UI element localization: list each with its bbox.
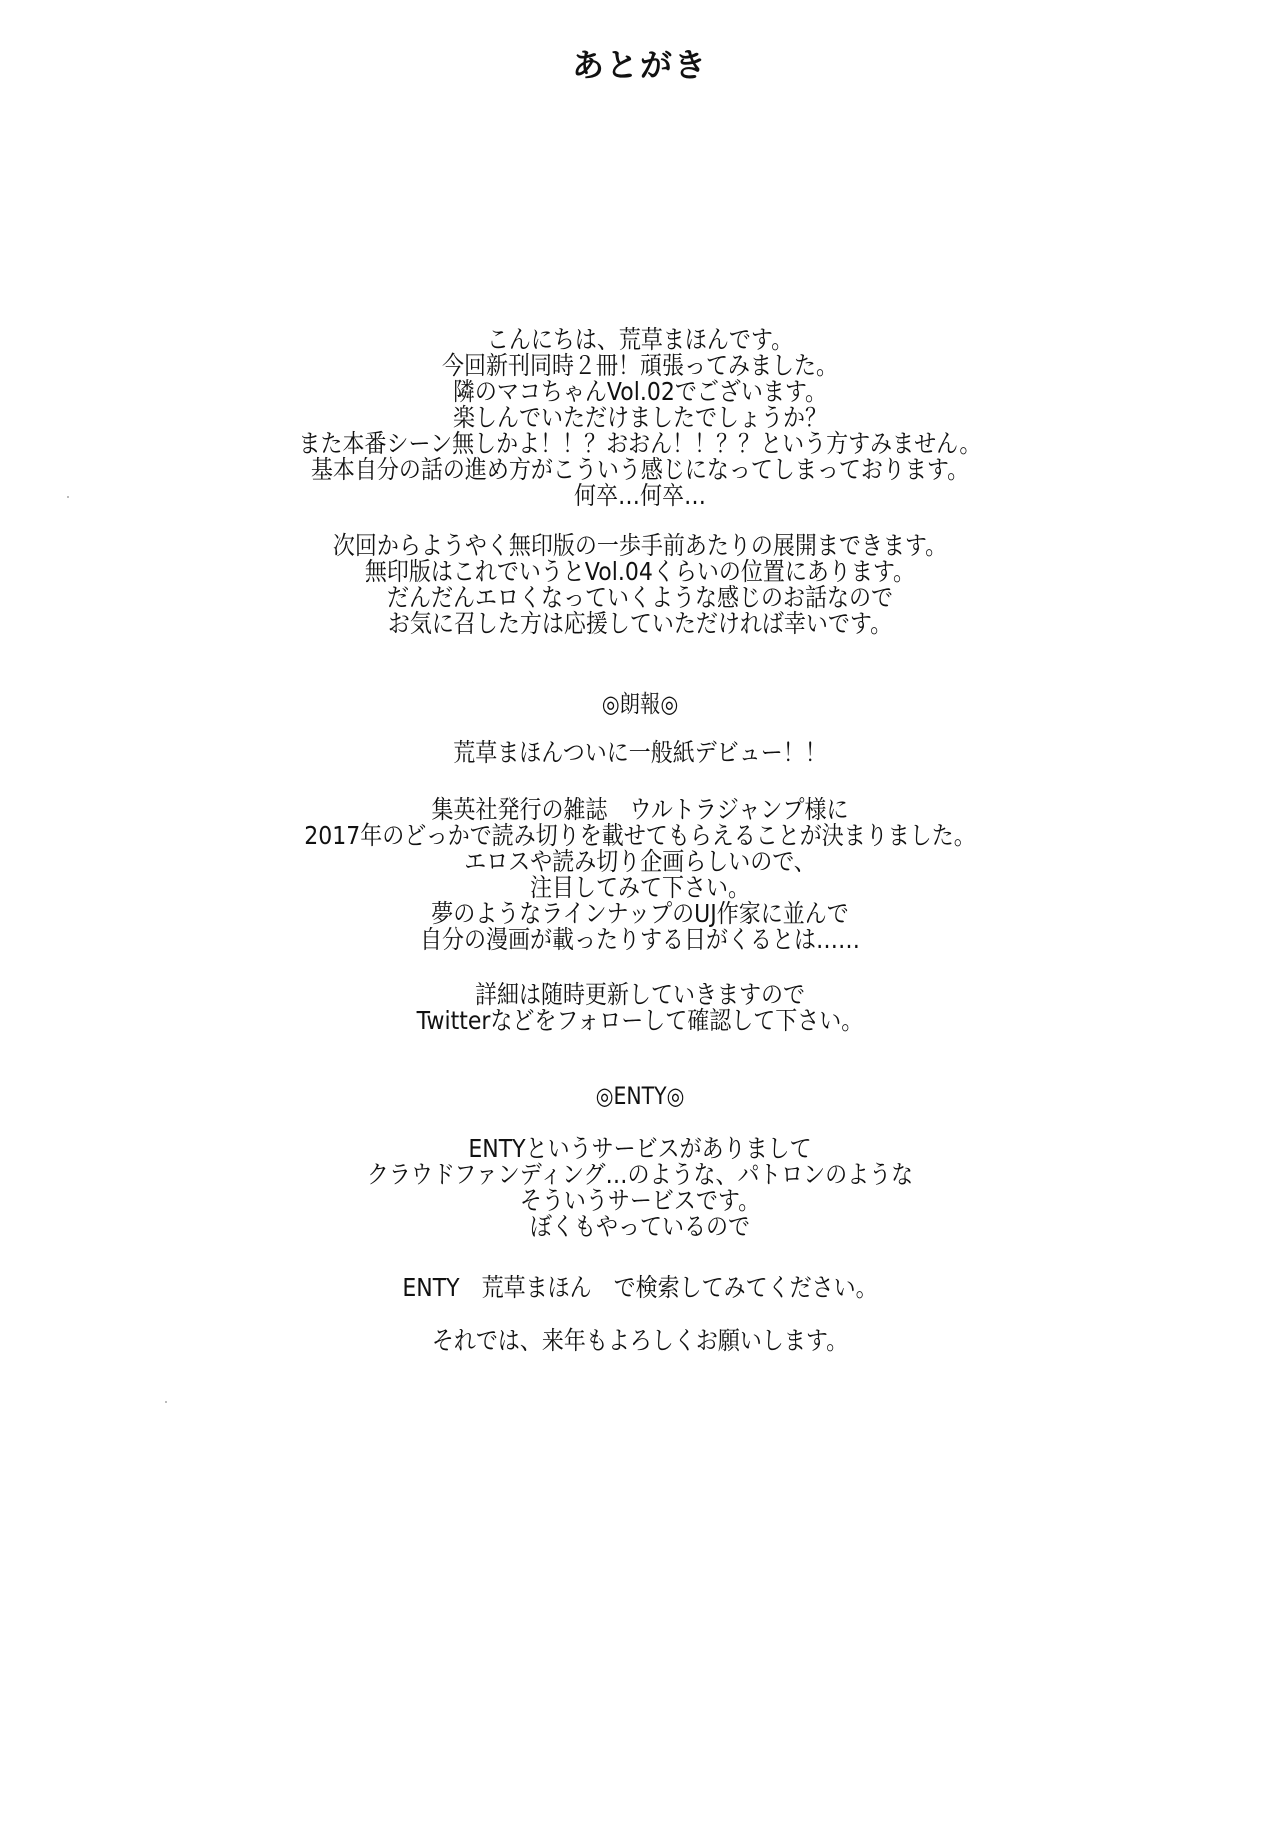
next-volume-line: お気に召した方は応援していただければ幸いです。 xyxy=(77,611,1203,637)
announcement-followup-line: Twitterなどをフォローして確認して下さい。 xyxy=(77,1008,1203,1034)
announcement-line: 注目してみて下さい。 xyxy=(77,875,1203,901)
next-volume-line: 無印版はこれでいうとVol.04くらいの位置にあります。 xyxy=(77,559,1203,585)
announcement-line: 夢のようなラインナップのUJ作家に並んで xyxy=(77,901,1203,927)
announcement-followup-line: 詳細は随時更新していきますので xyxy=(77,982,1203,1008)
next-volume-line: 次回からようやく無印版の一歩手前あたりの展開まできます。 xyxy=(77,533,1203,559)
entry-search-hint: ENTY 荒草まほん で検索してみてください。 xyxy=(77,1275,1203,1301)
scan-speck xyxy=(165,1401,167,1403)
announcement-headline: 荒草まほんついに一般紙デビュー！！ xyxy=(77,740,1203,766)
announcement-details: 集英社発行の雑誌 ウルトラジャンプ様に 2017年のどっかで読み切りを載せてもら… xyxy=(0,797,1280,953)
entry-line: そういうサービスです。 xyxy=(77,1188,1203,1214)
announcement-line: 集英社発行の雑誌 ウルトラジャンプ様に xyxy=(77,797,1203,823)
announcement-headline-block: 荒草まほんついに一般紙デビュー！！ xyxy=(0,740,1280,766)
entry-heading: ◎ENTY◎ xyxy=(96,1083,1184,1109)
closing-block: それでは、来年もよろしくお願いします。 xyxy=(0,1328,1280,1354)
intro-line: 何卒…何卒… xyxy=(77,483,1203,509)
entry-paragraph: ENTYというサービスがありまして クラウドファンディング…のような、パトロンの… xyxy=(0,1136,1280,1240)
intro-line: また本番シーン無しかよ！！？おおん！！？？という方すみません。 xyxy=(77,431,1203,457)
page-title: あとがき xyxy=(0,40,1280,86)
intro-line: こんにちは、荒草まほんです。 xyxy=(77,327,1203,353)
announcement-heading-block: ◎朗報◎ xyxy=(0,691,1280,717)
intro-paragraph: こんにちは、荒草まほんです。 今回新刊同時２冊！頑張ってみました。 隣のマコちゃ… xyxy=(0,327,1280,509)
announcement-line: 2017年のどっかで読み切りを載せてもらえることが決まりました。 xyxy=(77,823,1203,849)
next-volume-paragraph: 次回からようやく無印版の一歩手前あたりの展開まできます。 無印版はこれでいうとV… xyxy=(0,533,1280,637)
intro-line: 今回新刊同時２冊！頑張ってみました。 xyxy=(77,353,1203,379)
entry-search-hint-block: ENTY 荒草まほん で検索してみてください。 xyxy=(0,1275,1280,1301)
announcement-line: エロスや読み切り企画らしいので、 xyxy=(77,849,1203,875)
entry-line: クラウドファンディング…のような、パトロンのような xyxy=(77,1162,1203,1188)
entry-line: ENTYというサービスがありまして xyxy=(77,1136,1203,1162)
announcement-line: 自分の漫画が載ったりする日がくるとは…… xyxy=(77,927,1203,953)
scan-speck xyxy=(67,496,69,498)
intro-line: 基本自分の話の進め方がこういう感じになってしまっております。 xyxy=(77,457,1203,483)
entry-heading-block: ◎ENTY◎ xyxy=(0,1083,1280,1109)
next-volume-line: だんだんエロくなっていくような感じのお話なので xyxy=(77,585,1203,611)
intro-line: 隣のマコちゃんVol.02でございます。 xyxy=(77,379,1203,405)
closing-line: それでは、来年もよろしくお願いします。 xyxy=(77,1328,1203,1354)
entry-line: ぼくもやっているので xyxy=(77,1214,1203,1240)
announcement-heading: ◎朗報◎ xyxy=(96,691,1184,717)
intro-line: 楽しんでいただけましたでしょうか？ xyxy=(77,405,1203,431)
announcement-followup: 詳細は随時更新していきますので Twitterなどをフォローして確認して下さい。 xyxy=(0,982,1280,1034)
